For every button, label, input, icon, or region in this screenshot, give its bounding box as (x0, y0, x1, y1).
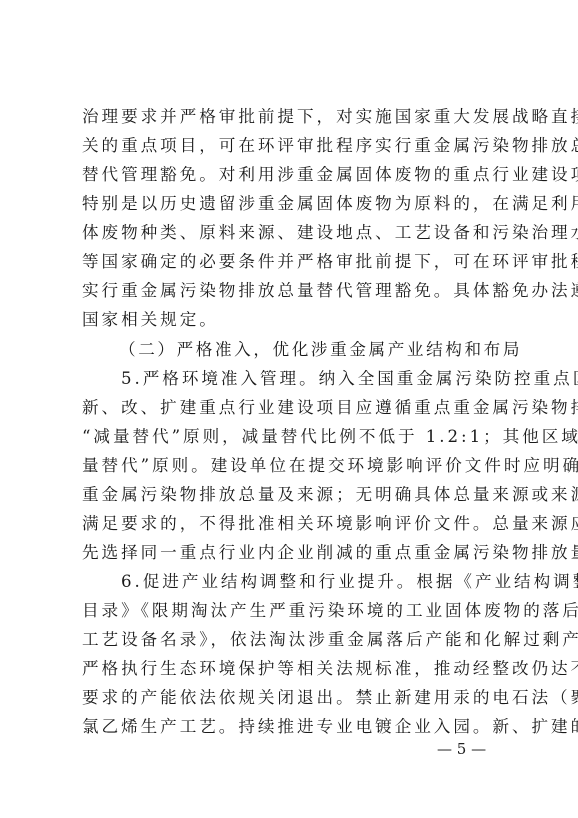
text-line: 等国家确定的必要条件并严格审批前提下，可在环评审批程序 (82, 247, 496, 276)
text-line: 实行重金属污染物排放总量替代管理豁免。具体豁免办法遵循 (82, 276, 496, 305)
text-line: 氯乙烯生产工艺。持续推进专业电镀企业入园。新、扩建的重 (82, 712, 496, 741)
section-heading: （二）严格准入，优化涉重金属产业结构和布局 (82, 335, 496, 364)
paragraph-start-line: 6.促进产业结构调整和行业提升。根据《产业结构调整指导 (82, 567, 496, 596)
text-line: 重金属污染物排放总量及来源；无明确具体总量来源或来源不 (82, 480, 496, 509)
text-line: 国家相关规定。 (82, 305, 496, 334)
text-line: 替代管理豁免。对利用涉重金属固体废物的重点行业建设项目， (82, 160, 496, 189)
document-page: 治理要求并严格审批前提下，对实施国家重大发展战略直接相 关的重点项目，可在环评审… (0, 0, 578, 818)
text-line: 特别是以历史遗留涉重金属固体废物为原料的，在满足利用固 (82, 189, 496, 218)
text-line: 满足要求的，不得批准相关环境影响评价文件。总量来源应优 (82, 509, 496, 538)
text-line: 治理要求并严格审批前提下，对实施国家重大发展战略直接相 (82, 102, 496, 131)
text-line: “减量替代”原则，减量替代比例不低于 1.2:1；其他区域遵循“等 (82, 422, 496, 451)
text-line: 工艺设备名录》，依法淘汰涉重金属落后产能和化解过剩产能； (82, 625, 496, 654)
text-line: 量替代”原则。建设单位在提交环境影响评价文件时应明确重点 (82, 451, 496, 480)
text-line: 要求的产能依法依规关闭退出。禁止新建用汞的电石法（聚） (82, 683, 496, 712)
text-line: 严格执行生态环境保护等相关法规标准，推动经整改仍达不到 (82, 654, 496, 683)
text-line: 体废物种类、原料来源、建设地点、工艺设备和污染治理水平 (82, 218, 496, 247)
text-line: 目录》《限期淘汰产生严重污染环境的工业固体废物的落后生产 (82, 596, 496, 625)
body-text: 治理要求并严格审批前提下，对实施国家重大发展战略直接相 关的重点项目，可在环评审… (82, 102, 496, 741)
text-line: 关的重点项目，可在环评审批程序实行重金属污染物排放总量 (82, 131, 496, 160)
paragraph-start-line: 5.严格环境准入管理。纳入全国重金属污染防控重点区域的 (82, 364, 496, 393)
text-line: 新、改、扩建重点行业建设项目应遵循重点重金属污染物排放 (82, 393, 496, 422)
page-number: — 5 — (437, 740, 486, 758)
text-line: 先选择同一重点行业内企业削减的重点重金属污染物排放量。 (82, 538, 496, 567)
